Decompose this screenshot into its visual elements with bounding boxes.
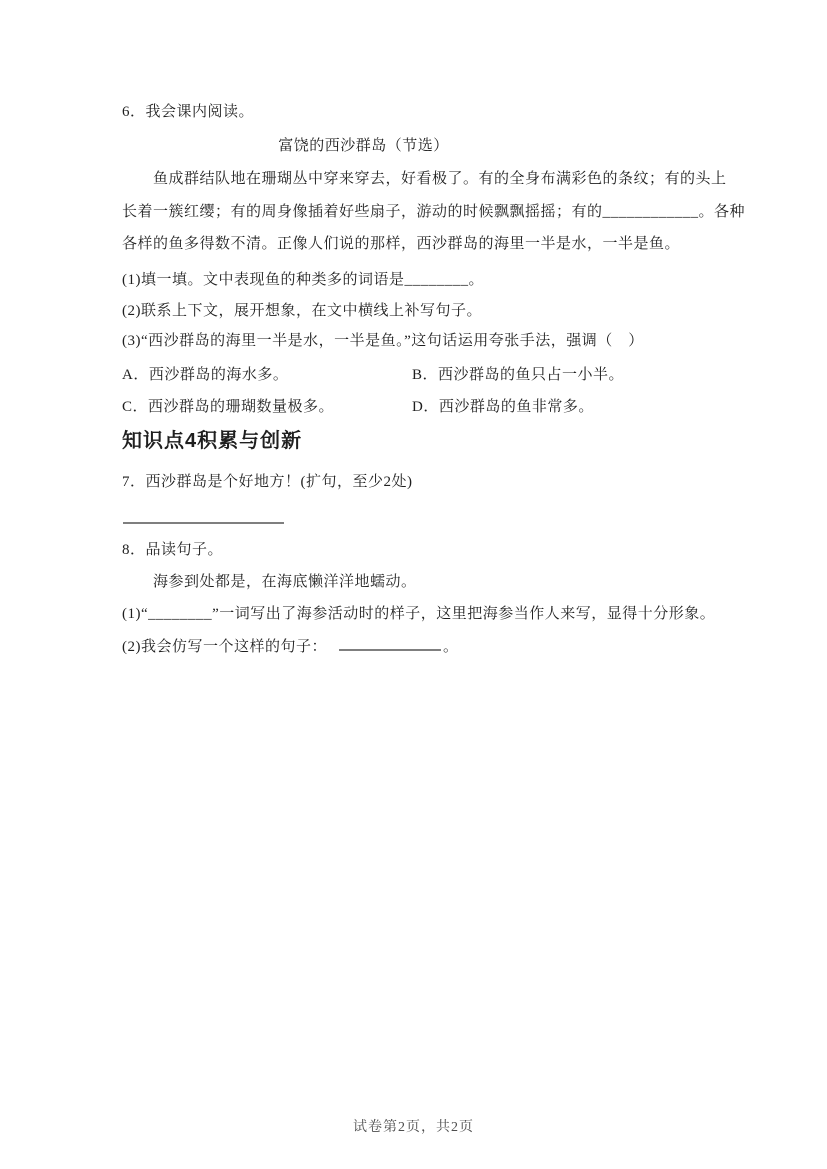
exam-page: 6．我会课内阅读。 富饶的西沙群岛（节选） 鱼成群结队地在珊瑚丛中穿来穿去，好看…: [0, 0, 827, 1169]
passage-line-3: 各样的鱼多得数不清。正像人们说的那样，西沙群岛的海里一半是水，一半是鱼。: [122, 234, 680, 254]
passage-line-2: 长着一簇红缨；有的周身像插着好些扇子，游动的时候飘飘摇摇；有的_________…: [122, 202, 745, 222]
q6-subquestion-3: (3)“西沙群岛的海里一半是水，一半是鱼。”这句话运用夸张手法，强调（ ）: [122, 331, 644, 351]
option-c: C．西沙群岛的珊瑚数量极多。: [122, 397, 334, 417]
q8-quoted-sentence: 海参到处都是，在海底懒洋洋地蠕动。: [153, 572, 417, 592]
q6-subquestion-1: (1)填一填。文中表现鱼的种类多的词语是________。: [122, 270, 484, 290]
question-8-label: 8．品读句子。: [122, 540, 223, 560]
q8-answer-blank-line: [339, 637, 441, 651]
section-heading: 知识点4积累与创新: [122, 431, 302, 451]
q7-answer-blank-line: [123, 522, 284, 524]
option-b: B．西沙群岛的鱼只占一小半。: [412, 365, 624, 385]
q8-subquestion-2-suffix: 。: [443, 639, 459, 655]
question-6-label: 6．我会课内阅读。: [122, 102, 254, 122]
question-7-label: 7．西沙群岛是个好地方！(扩句，至少2处): [122, 472, 413, 492]
passage-title: 富饶的西沙群岛（节选）: [122, 136, 605, 156]
q8-subquestion-2-prefix: (2)我会仿写一个这样的句子：: [122, 639, 327, 655]
q6-subquestion-2: (2)联系上下文，展开想象，在文中横线上补写句子。: [122, 301, 482, 321]
passage-line-1: 鱼成群结队地在珊瑚丛中穿来穿去，好看极了。有的全身布满彩色的条纹；有的头上: [122, 169, 727, 189]
option-a: A．西沙群岛的海水多。: [122, 365, 288, 385]
q8-subquestion-2: (2)我会仿写一个这样的句子：。: [122, 637, 459, 657]
q8-subquestion-1: (1)“________”一词写出了海参活动时的样子，这里把海参当作人来写，显得…: [122, 604, 715, 624]
page-footer: 试卷第2页，共2页: [0, 1116, 827, 1136]
option-d: D．西沙群岛的鱼非常多。: [412, 397, 594, 417]
